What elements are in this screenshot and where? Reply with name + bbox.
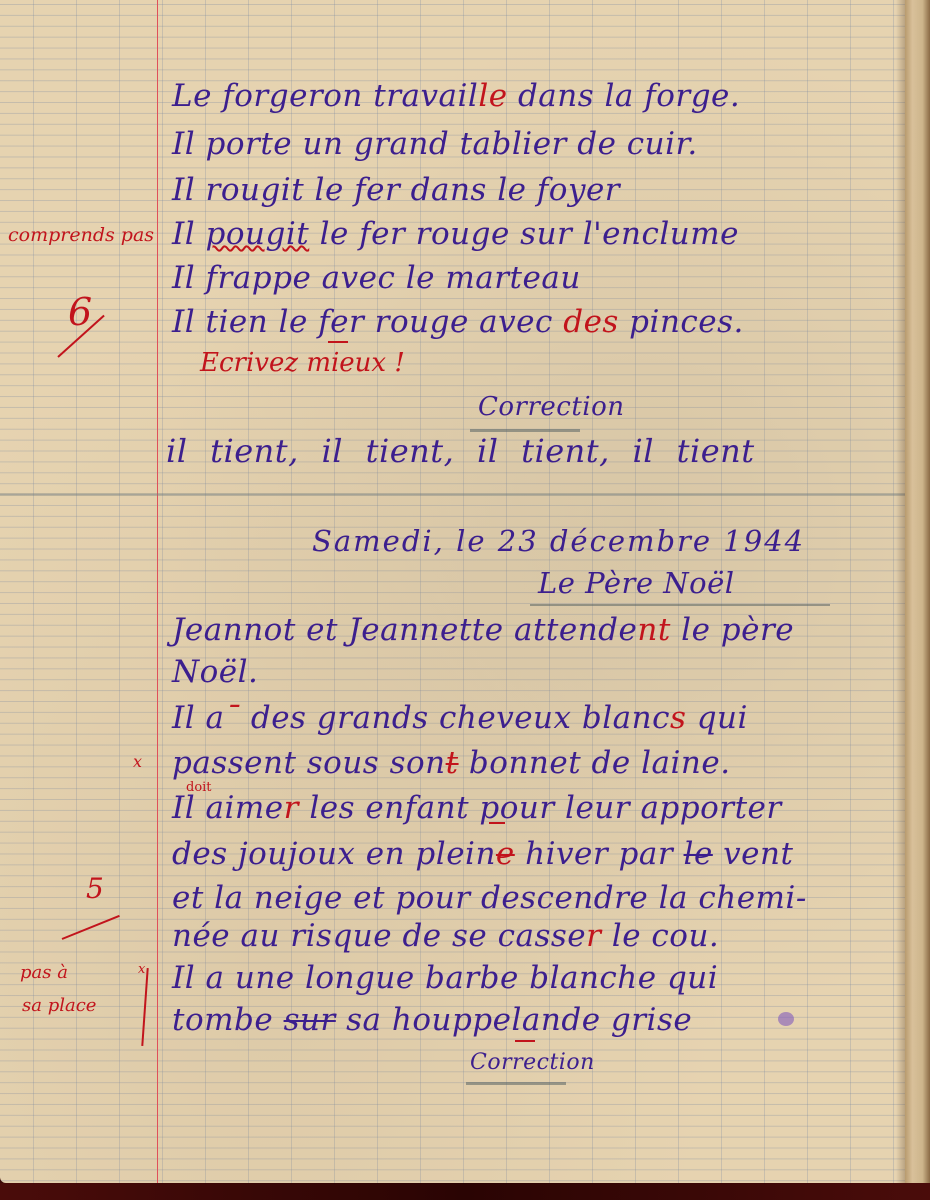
essay-line-7: et la neige et pour descendre la chemi- <box>172 880 807 916</box>
score-slash-2 <box>62 915 120 940</box>
exercise1-line-4: Il pougit le fer rouge sur l'enclume <box>172 216 739 252</box>
notebook-page: Le forgeron travaille dans la forge. Il … <box>0 0 912 1183</box>
margin-note-cross: x <box>138 962 145 977</box>
essay-line-3: Il aˉ des grands cheveux blancs qui <box>172 700 748 736</box>
essay-line-6: des joujoux en pleine hiver par le vent <box>172 836 793 872</box>
ink-blot <box>778 1012 794 1026</box>
struck-word-pougit: pougit <box>206 216 310 252</box>
exercise1-line-1: Le forgeron travaille dans la forge. <box>172 78 740 114</box>
exercise1-line-3: Il rougit le fer dans le foyer <box>172 172 620 208</box>
essay-line-9: Il a une longue barbe blanche qui <box>172 960 718 996</box>
correction-line: il tient, il tient, il tient, il tient <box>166 432 755 470</box>
margin-note-comprends-pas: comprends pas <box>8 224 154 246</box>
date-line: Samedi, le 23 décembre 1944 <box>312 524 805 558</box>
margin-note-sa-place: sa place <box>22 995 96 1016</box>
essay-line-10: tombe sur sa houppelande grise <box>172 1002 692 1038</box>
red-margin-line <box>157 0 158 1183</box>
exercise1-line-5: Il frappe avec le marteau <box>172 260 581 296</box>
correction-heading-2-underline <box>466 1082 566 1085</box>
essay-title-underline <box>530 604 830 606</box>
essay-line-2: Noël. <box>172 654 258 690</box>
essay-line-4: passent sous sont bonnet de laine. <box>172 745 731 781</box>
correction-heading-1: Correction <box>478 392 625 422</box>
underline-mark-tien <box>328 341 348 343</box>
margin-bracket <box>141 968 148 1046</box>
margin-cross: x <box>133 752 142 771</box>
margin-note-pas-a: pas à <box>20 962 68 983</box>
score-exercise2: 5 <box>86 872 104 905</box>
teacher-comment: Ecrivez mieux ! <box>200 348 405 378</box>
section-separator <box>0 493 905 496</box>
page-edge-stack <box>905 0 930 1200</box>
correction-le: le <box>478 78 507 114</box>
essay-title: Le Père Noël <box>538 566 735 600</box>
essay-line-1: Jeannot et Jeannette attendent le père <box>172 612 794 648</box>
correction-heading-2: Correction <box>470 1050 595 1075</box>
essay-line-5: Il aimer les enfant pour leur apporter <box>172 790 782 826</box>
exercise1-line-6: Il tien le fer rouge avec des pinces. <box>172 304 744 340</box>
notebook-cover <box>0 1183 930 1200</box>
essay-line-8: née au risque de se casser le cou. <box>172 918 719 954</box>
correction-des: des <box>563 304 619 340</box>
exercise1-line-2: Il porte un grand tablier de cuir. <box>172 126 698 162</box>
underline-mark-enfant <box>489 822 505 824</box>
underline-mark-houppelande <box>515 1040 535 1042</box>
